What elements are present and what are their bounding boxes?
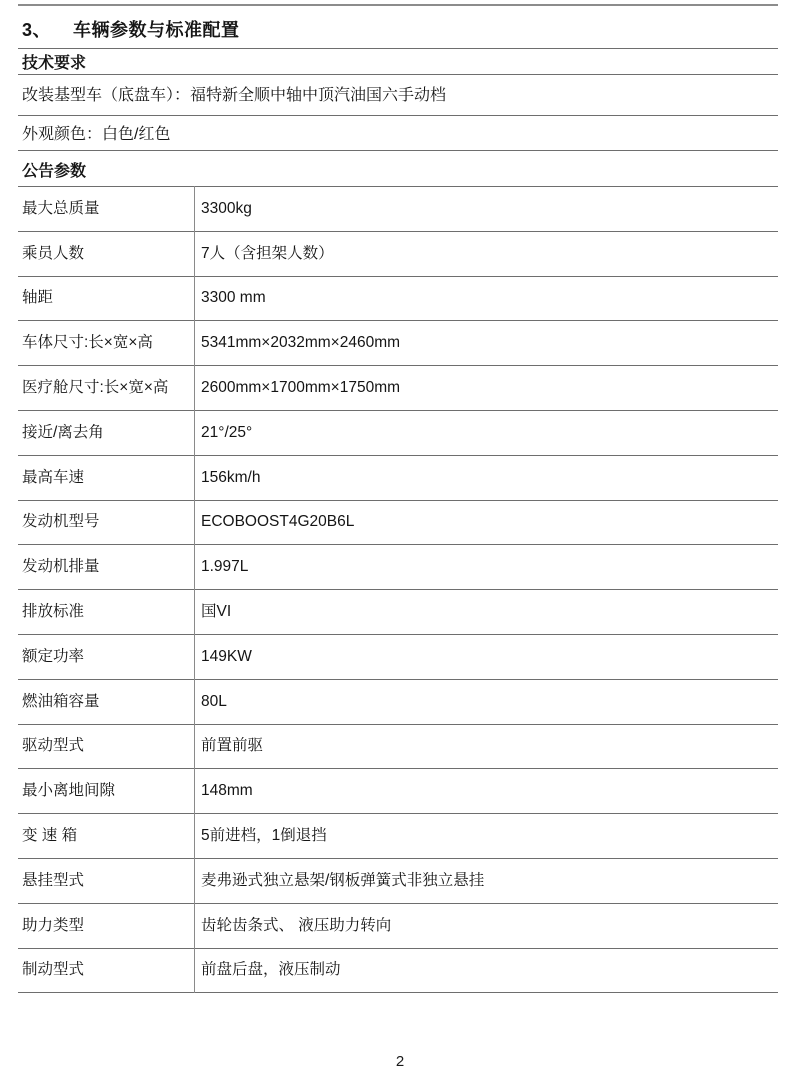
- announced-parameters-title: 公告参数: [22, 162, 778, 182]
- param-value: 前盘后盘，液压制动: [195, 948, 779, 993]
- spec-table-row: 驱动型式 前置前驱: [18, 724, 778, 769]
- spec-table-row: 车体尺寸:长×宽×高 5341mm×2032mm×2460mm: [18, 321, 778, 366]
- param-value: 麦弗逊式独立悬架/钢板弹簧式非独立悬挂: [195, 858, 779, 903]
- divider: [18, 115, 778, 116]
- spec-table-row: 变 速 箱 5前进档，1倒退挡: [18, 814, 778, 859]
- param-value: 3300 mm: [195, 276, 779, 321]
- param-value: 149KW: [195, 634, 779, 679]
- param-label: 乘员人数: [18, 231, 195, 276]
- param-label: 排放标准: [18, 590, 195, 635]
- base-vehicle-line: 改装基型车（底盘车）：福特新全顺中轴中顶汽油国六手动档: [22, 84, 778, 108]
- spec-table-row: 发动机型号 ECOBOOST4G20B6L: [18, 500, 778, 545]
- param-label: 制动型式: [18, 948, 195, 993]
- param-label: 轴距: [18, 276, 195, 321]
- param-value: ECOBOOST4G20B6L: [195, 500, 779, 545]
- param-label: 医疗舱尺寸:长×宽×高: [18, 366, 195, 411]
- spec-table-row: 排放标准 国VI: [18, 590, 778, 635]
- param-value: 国VI: [195, 590, 779, 635]
- spec-table-row: 发动机排量 1.997L: [18, 545, 778, 590]
- page-title: 3、车辆参数与标准配置: [22, 18, 778, 42]
- param-value: 齿轮齿条式、 液压助力转向: [195, 903, 779, 948]
- top-divider: [18, 4, 778, 6]
- spec-table-row: 最小离地间隙 148mm: [18, 769, 778, 814]
- param-label: 燃油箱容量: [18, 679, 195, 724]
- divider: [18, 150, 778, 151]
- spec-table-row: 最大总质量 3300kg: [18, 187, 778, 232]
- param-value: 前置前驱: [195, 724, 779, 769]
- param-label: 最高车速: [18, 455, 195, 500]
- tech-requirements-title: 技术要求: [22, 54, 778, 74]
- param-label: 发动机型号: [18, 500, 195, 545]
- spec-table-row: 燃油箱容量 80L: [18, 679, 778, 724]
- param-label: 发动机排量: [18, 545, 195, 590]
- document-page: 3、车辆参数与标准配置 技术要求 改装基型车（底盘车）：福特新全顺中轴中顶汽油国…: [0, 0, 800, 1074]
- spec-table-row: 接近/离去角 21°/25°: [18, 410, 778, 455]
- spec-table-row: 制动型式 前盘后盘，液压制动: [18, 948, 778, 993]
- param-value: 5341mm×2032mm×2460mm: [195, 321, 779, 366]
- exterior-color-line: 外观颜色：白色/红色: [22, 123, 778, 147]
- spec-table-row: 医疗舱尺寸:长×宽×高 2600mm×1700mm×1750mm: [18, 366, 778, 411]
- param-value: 2600mm×1700mm×1750mm: [195, 366, 779, 411]
- param-label: 最大总质量: [18, 187, 195, 232]
- spec-table-row: 助力类型 齿轮齿条式、 液压助力转向: [18, 903, 778, 948]
- param-value: 5前进档，1倒退挡: [195, 814, 779, 859]
- param-label: 车体尺寸:长×宽×高: [18, 321, 195, 366]
- param-label: 悬挂型式: [18, 858, 195, 903]
- section-number: 3、: [22, 20, 51, 40]
- spec-table-row: 额定功率 149KW: [18, 634, 778, 679]
- param-value: 7人（含担架人数）: [195, 231, 779, 276]
- param-label: 额定功率: [18, 634, 195, 679]
- divider: [18, 74, 778, 75]
- param-value: 148mm: [195, 769, 779, 814]
- param-label: 助力类型: [18, 903, 195, 948]
- param-label: 变 速 箱: [18, 814, 195, 859]
- spec-table-body: 最大总质量 3300kg 乘员人数 7人（含担架人数） 轴距 3300 mm 车…: [18, 187, 778, 993]
- page-content: 3、车辆参数与标准配置 技术要求 改装基型车（底盘车）：福特新全顺中轴中顶汽油国…: [18, 4, 778, 993]
- param-value: 156km/h: [195, 455, 779, 500]
- param-label: 最小离地间隙: [18, 769, 195, 814]
- param-label: 接近/离去角: [18, 410, 195, 455]
- spec-table-row: 乘员人数 7人（含担架人数）: [18, 231, 778, 276]
- section-title: 车辆参数与标准配置: [73, 20, 240, 40]
- divider: [18, 48, 778, 49]
- page-number: 2: [0, 1053, 800, 1071]
- spec-table-row: 悬挂型式 麦弗逊式独立悬架/钢板弹簧式非独立悬挂: [18, 858, 778, 903]
- spec-table-row: 最高车速 156km/h: [18, 455, 778, 500]
- spec-table: 最大总质量 3300kg 乘员人数 7人（含担架人数） 轴距 3300 mm 车…: [18, 186, 778, 993]
- spec-table-row: 轴距 3300 mm: [18, 276, 778, 321]
- param-value: 1.997L: [195, 545, 779, 590]
- param-value: 21°/25°: [195, 410, 779, 455]
- param-value: 3300kg: [195, 187, 779, 232]
- param-label: 驱动型式: [18, 724, 195, 769]
- param-value: 80L: [195, 679, 779, 724]
